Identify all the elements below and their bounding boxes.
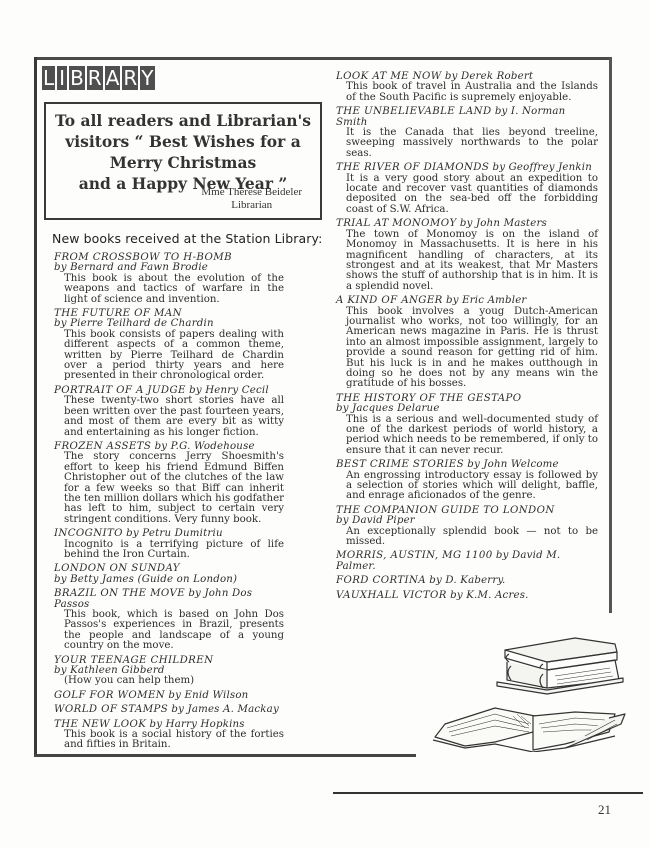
book-description: It is the Canada that lies beyond treeli…	[336, 128, 598, 159]
signature-name: Mme Therese Beideler	[201, 186, 302, 199]
book-description: This book consists of papers dealing wit…	[54, 330, 284, 382]
book-author: by Eric Ambler	[446, 295, 527, 306]
logo-letter: I	[57, 66, 67, 90]
book-author: by David Piper	[336, 515, 415, 526]
book-title: PORTRAIT OF A JUDGE	[54, 385, 186, 396]
book-author: by Geoffrey Jenkin	[492, 162, 592, 173]
book-author: by Henry Cecil	[189, 385, 269, 396]
book-entry: BEST CRIME STORIES by John WelcomeAn eng…	[336, 460, 598, 502]
logo-letter: Y	[140, 66, 154, 90]
book-author: by Harry Hopkins	[150, 719, 245, 730]
book-title: THE UNBELIEVABLE LAND	[336, 106, 492, 117]
book-heading: VAUXHALL VICTOR by K.M. Acres.	[336, 591, 598, 601]
book-title: BRAZIL ON THE MOVE	[54, 588, 185, 599]
book-description: This book is a social history of the for…	[54, 730, 284, 751]
book-author: by Jacques Delarue	[336, 403, 440, 414]
book-description: An exceptionally splendid book — not to …	[336, 527, 598, 548]
book-entry: A KIND OF ANGER by Eric AmblerThis book …	[336, 296, 598, 390]
book-author: by John Welcome	[467, 459, 559, 470]
frame-right-border	[609, 57, 612, 613]
book-list-right-column: LOOK AT ME NOW by Derek RobertThis book …	[336, 72, 598, 605]
book-title: THE HISTORY OF THE GESTAPO	[336, 393, 521, 404]
book-heading: MORRIS, AUSTIN, MG 1100 by David M. Palm…	[336, 551, 598, 572]
section-heading: New books received at the Station Librar…	[52, 231, 322, 246]
logo-letter: B	[69, 66, 85, 90]
book-heading: INCOGNITO by Petru Dumitriu	[54, 529, 284, 539]
book-entry: TRIAL AT MONOMOY by John MastersThe town…	[336, 219, 598, 292]
signature-title: Librarian	[201, 199, 302, 212]
book-author: by Pierre Teilhard de Chardin	[54, 318, 214, 329]
book-author: by Bernard and Fawn Brodie	[54, 262, 208, 273]
book-heading: BRAZIL ON THE MOVE by John Dos Passos	[54, 589, 284, 610]
library-logo: L I B R A R Y	[42, 66, 155, 90]
book-entry: GOLF FOR WOMEN by Enid Wilson	[54, 691, 284, 701]
book-title: THE NEW LOOK	[54, 719, 146, 730]
book-heading: FORD CORTINA by D. Kaberry.	[336, 576, 598, 586]
book-description: This book, which is based on John Dos Pa…	[54, 610, 284, 652]
book-author: by James A. Mackay	[171, 704, 278, 715]
book-entry: THE FUTURE OF MANby Pierre Teilhard de C…	[54, 309, 284, 382]
book-description: Incognito is a terrifying picture of lif…	[54, 540, 284, 561]
book-entry: THE HISTORY OF THE GESTAPOby Jacques Del…	[336, 394, 598, 456]
book-title: THE RIVER OF DIAMONDS	[336, 162, 489, 173]
book-author: by Enid Wilson	[168, 690, 248, 701]
book-title: WORLD OF STAMPS	[54, 704, 168, 715]
book-author: by Derek Robert	[445, 71, 533, 82]
book-description: This book is about the evolution of the …	[54, 274, 284, 305]
book-title: THE FUTURE OF MAN	[54, 308, 182, 319]
book-entry: LOOK AT ME NOW by Derek RobertThis book …	[336, 72, 598, 103]
book-author: by Betty James (Guide on London)	[54, 574, 237, 585]
christmas-greeting-box: To all readers and Librarian's visitors …	[44, 102, 322, 220]
book-title: THE COMPANION GUIDE TO LONDON	[336, 505, 555, 516]
book-title: FORD CORTINA	[336, 575, 426, 586]
greeting-line: Merry Christmas	[46, 152, 320, 173]
book-description: The story concerns Jerry Shoesmith's eff…	[54, 452, 284, 525]
book-title: YOUR TEENAGE CHILDREN	[54, 655, 213, 666]
book-author: by K.M. Acres.	[450, 590, 529, 601]
book-description: The town of Monomoy is on the island of …	[336, 230, 598, 292]
book-entry: YOUR TEENAGE CHILDRENby Kathleen Gibberd…	[54, 656, 284, 687]
book-entry: LONDON ON SUNDAYby Betty James (Guide on…	[54, 564, 284, 585]
logo-letter: R	[87, 66, 103, 90]
book-entry: PORTRAIT OF A JUDGE by Henry CecilThese …	[54, 386, 284, 438]
greeting-line: To all readers and Librarian's	[46, 110, 320, 131]
logo-letter: L	[42, 66, 55, 90]
page-footer-rule	[333, 792, 643, 794]
book-entry: FROM CROSSBOW TO H-BOMBby Bernard and Fa…	[54, 253, 284, 305]
book-title: VAUXHALL VICTOR	[336, 590, 447, 601]
book-description: These twenty-two short stories have all …	[54, 396, 284, 438]
book-entry: VAUXHALL VICTOR by K.M. Acres.	[336, 591, 598, 601]
greeting-message: To all readers and Librarian's visitors …	[46, 110, 320, 194]
frame-top-border	[34, 57, 612, 60]
book-entry: FORD CORTINA by D. Kaberry.	[336, 576, 598, 586]
book-title: LOOK AT ME NOW	[336, 71, 442, 82]
book-description: It is a very good story about an expedit…	[336, 174, 598, 216]
book-description: (How you can help them)	[54, 676, 284, 686]
book-author: by Petru Dumitriu	[126, 528, 223, 539]
book-heading: GOLF FOR WOMEN by Enid Wilson	[54, 691, 284, 701]
book-entry: MORRIS, AUSTIN, MG 1100 by David M. Palm…	[336, 551, 598, 572]
book-heading: WORLD OF STAMPS by James A. Mackay	[54, 705, 284, 715]
book-author: by P.G. Wodehouse	[155, 441, 255, 452]
book-title: A KIND OF ANGER	[336, 295, 443, 306]
book-entry: THE COMPANION GUIDE TO LONDONby David Pi…	[336, 506, 598, 548]
book-entry: WORLD OF STAMPS by James A. Mackay	[54, 705, 284, 715]
book-entry: BRAZIL ON THE MOVE by John Dos PassosThi…	[54, 589, 284, 651]
signature: Mme Therese Beideler Librarian	[201, 186, 302, 212]
frame-left-border	[34, 57, 37, 757]
book-title: MORRIS, AUSTIN, MG 1100	[336, 550, 493, 561]
logo-letter: R	[122, 66, 138, 90]
book-entry: THE NEW LOOK by Harry HopkinsThis book i…	[54, 720, 284, 751]
books-icon	[425, 632, 635, 752]
book-heading: THE UNBELIEVABLE LAND by I. Norman Smith	[336, 107, 598, 128]
book-author: by John Masters	[460, 218, 547, 229]
book-description: This is a serious and well-documented st…	[336, 415, 598, 457]
book-title: GOLF FOR WOMEN	[54, 690, 165, 701]
book-title: BEST CRIME STORIES	[336, 459, 464, 470]
book-title: INCOGNITO	[54, 528, 123, 539]
book-list-left-column: FROM CROSSBOW TO H-BOMBby Bernard and Fa…	[54, 253, 284, 755]
book-author: by D. Kaberry.	[429, 575, 505, 586]
book-title: FROZEN ASSETS	[54, 441, 151, 452]
book-description: This book of travel in Australia and the…	[336, 82, 598, 103]
book-title: TRIAL AT MONOMOY	[336, 218, 457, 229]
book-title: LONDON ON SUNDAY	[54, 563, 180, 574]
book-entry: THE UNBELIEVABLE LAND by I. Norman Smith…	[336, 107, 598, 159]
book-entry: INCOGNITO by Petru DumitriuIncognito is …	[54, 529, 284, 560]
logo-letter: A	[105, 66, 121, 90]
book-description: This book involves a youg Dutch-American…	[336, 307, 598, 390]
book-description: An engrossing introductory essay is foll…	[336, 471, 598, 502]
book-entry: THE RIVER OF DIAMONDS by Geoffrey Jenkin…	[336, 163, 598, 215]
book-heading: A KIND OF ANGER by Eric Ambler	[336, 296, 598, 306]
greeting-line: visitors “ Best Wishes for a	[46, 131, 320, 152]
page-number: 21	[598, 802, 611, 818]
book-entry: FROZEN ASSETS by P.G. WodehouseThe story…	[54, 442, 284, 525]
book-title: FROM CROSSBOW TO H-BOMB	[54, 252, 232, 263]
